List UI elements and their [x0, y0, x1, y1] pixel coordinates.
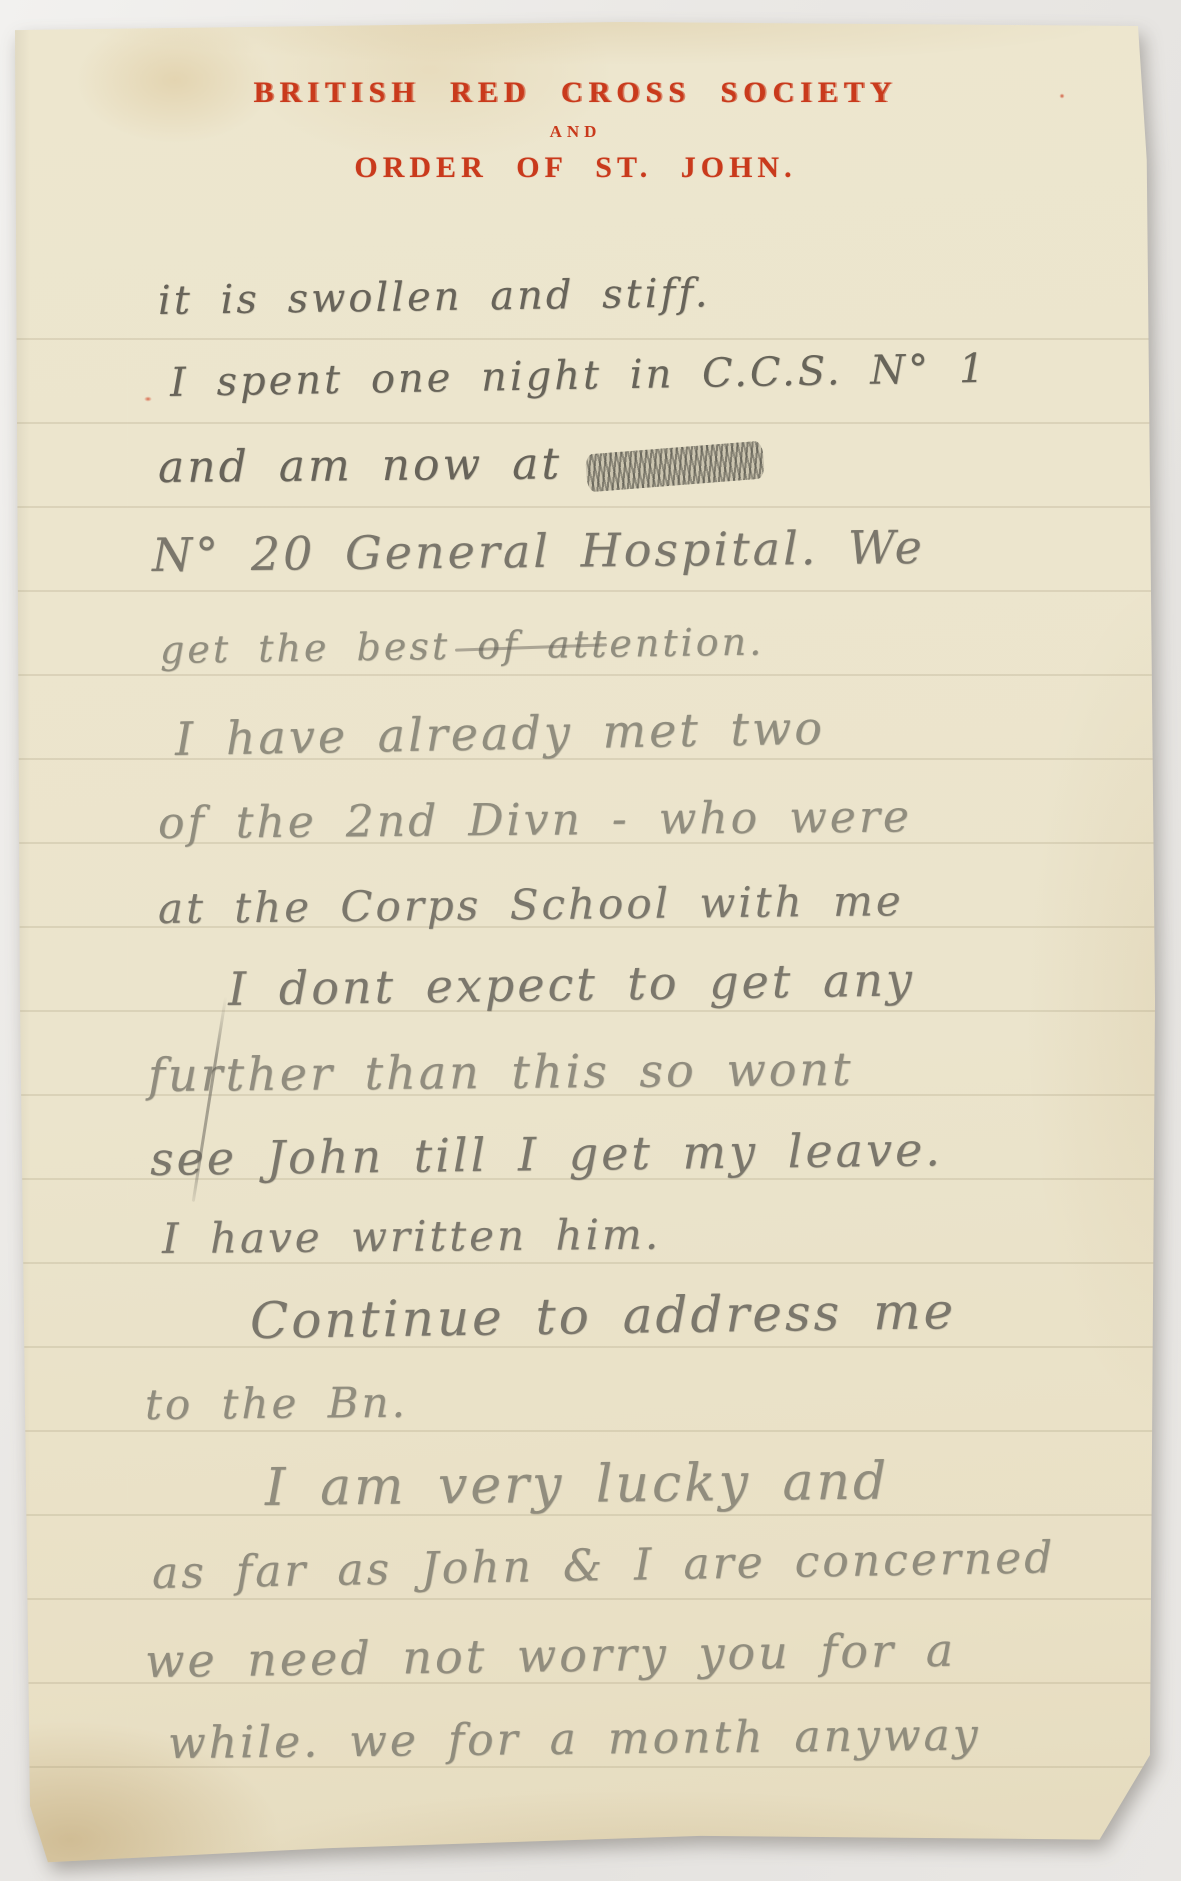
handwriting-line: see John till I get my leave.	[150, 1122, 944, 1186]
handwriting-text: it is swollen and stiff.	[158, 270, 711, 324]
handwriting-text: I dont expect to get any	[228, 952, 916, 1016]
handwriting-text: further than this so wont	[148, 1042, 854, 1102]
handwriting-text: I have already met two	[175, 701, 826, 766]
handwriting-line: N° 20 General Hospital. We	[152, 520, 925, 582]
handwriting-text: of the 2nd Divn - who were	[158, 791, 912, 849]
handwriting-line: I am very lucky and	[265, 1451, 890, 1518]
scribbled-out-word	[585, 441, 765, 493]
handwriting-text: N° 20 General Hospital. We	[152, 520, 925, 582]
handwriting-text: to the Bn.	[145, 1378, 408, 1429]
handwriting-line: I dont expect to get any	[228, 952, 916, 1016]
handwriting-text: I have written him.	[162, 1210, 662, 1263]
scan-background: BRITISH RED CROSS SOCIETY AND ORDER OF S…	[0, 0, 1181, 1881]
handwriting-text: as far as John & I are concerned	[152, 1532, 1056, 1599]
handwriting-line: we need not worry you for a	[145, 1623, 957, 1688]
handwriting-text: I spent one night in C.C.S. N° 1	[170, 346, 988, 406]
handwriting-line: I have already met two	[175, 701, 826, 766]
handwriting-line: of the 2nd Divn - who were	[158, 791, 912, 849]
handwriting-text: we need not worry you for a	[145, 1623, 957, 1688]
handwriting-line: while. we for a month anyway	[168, 1709, 981, 1769]
handwriting-line: further than this so wont	[148, 1042, 854, 1102]
handwriting-line: I have written him.	[162, 1210, 662, 1263]
handwriting-line: get the best of attention.	[160, 620, 765, 672]
letter-paper: BRITISH RED CROSS SOCIETY AND ORDER OF S…	[0, 0, 1181, 1881]
handwriting-line: it is swollen and stiff.	[158, 270, 711, 324]
handwriting-text: at the Corps School with me	[158, 876, 904, 933]
handwriting-text: see John till I get my leave.	[150, 1122, 944, 1186]
handwriting-line: and am now at	[158, 437, 764, 493]
handwriting-line: I spent one night in C.C.S. N° 1	[170, 346, 988, 406]
handwriting-lines: it is swollen and stiff.I spent one nigh…	[0, 0, 1181, 1881]
handwriting-text: and am now at	[158, 438, 562, 493]
handwriting-line: Continue to address me	[250, 1282, 957, 1350]
handwriting-text: while. we for a month anyway	[168, 1709, 981, 1769]
paper-shadow: BRITISH RED CROSS SOCIETY AND ORDER OF S…	[0, 0, 1181, 1881]
handwriting-text: Continue to address me	[250, 1282, 957, 1350]
handwriting-text: get the best of attention.	[160, 620, 765, 672]
handwriting-text: I am very lucky and	[265, 1451, 890, 1518]
handwriting-line: as far as John & I are concerned	[152, 1532, 1056, 1599]
handwriting-line: at the Corps School with me	[158, 876, 904, 933]
handwriting-line: to the Bn.	[145, 1378, 408, 1429]
